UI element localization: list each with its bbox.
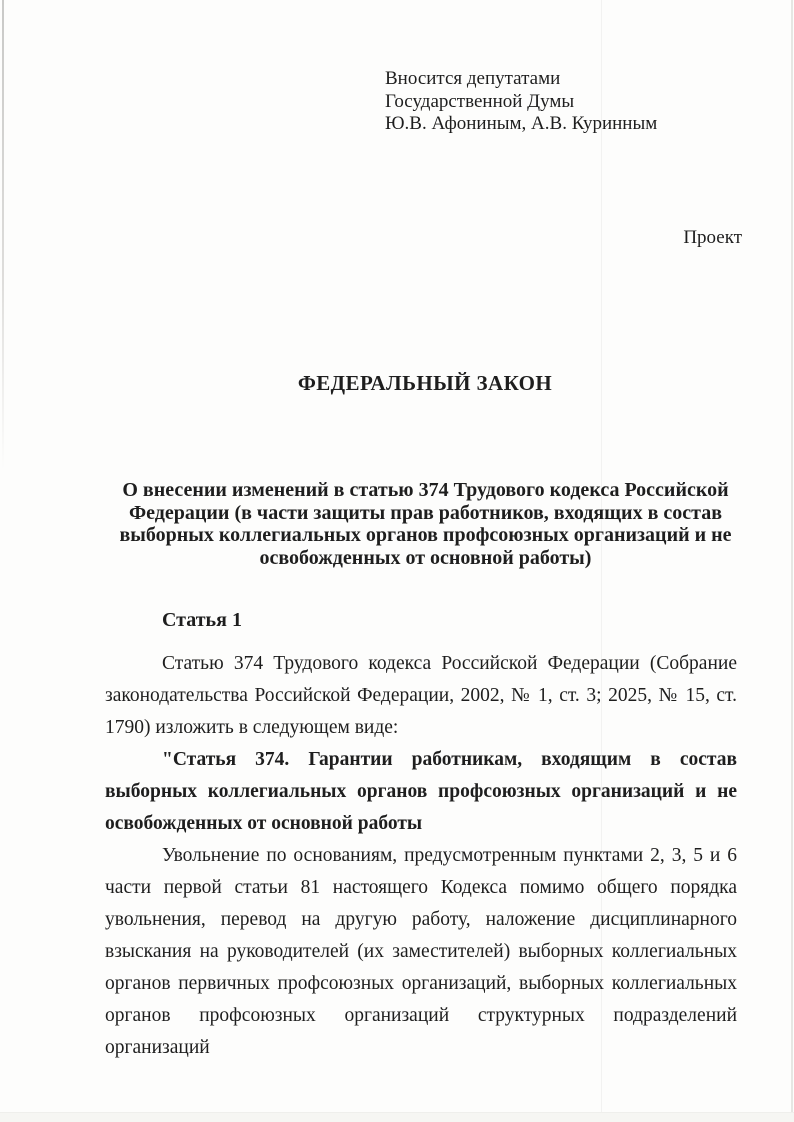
submitter-line-1: Вносится депутатами — [385, 68, 657, 91]
scan-bottom-shadow — [0, 1112, 794, 1122]
law-title: О внесении изменений в статью 374 Трудов… — [118, 479, 733, 569]
paragraph-amendment-intro: Статью 374 Трудового кодекса Российской … — [105, 648, 737, 744]
document-body: Статью 374 Трудового кодекса Российской … — [105, 648, 737, 1064]
law-type-heading: ФЕДЕРАЛЬНЫЙ ЗАКОН — [105, 371, 745, 396]
paragraph-article-374-heading: "Статья 374. Гарантии работникам, входящ… — [105, 744, 737, 840]
submitter-block: Вносится депутатами Государственной Думы… — [385, 68, 657, 136]
article-1-heading: Статья 1 — [162, 609, 242, 632]
paragraph-article-374-body: Увольнение по основаниям, предусмотренны… — [105, 840, 737, 1064]
scan-right-edge-line — [791, 0, 793, 1122]
draft-label: Проект — [105, 227, 742, 249]
submitter-line-3: Ю.В. Афониным, А.В. Куринным — [385, 113, 657, 136]
scan-left-edge-shadow — [2, 0, 4, 470]
scanned-document-page: Вносится депутатами Государственной Думы… — [0, 0, 794, 1122]
submitter-line-2: Государственной Думы — [385, 91, 657, 114]
